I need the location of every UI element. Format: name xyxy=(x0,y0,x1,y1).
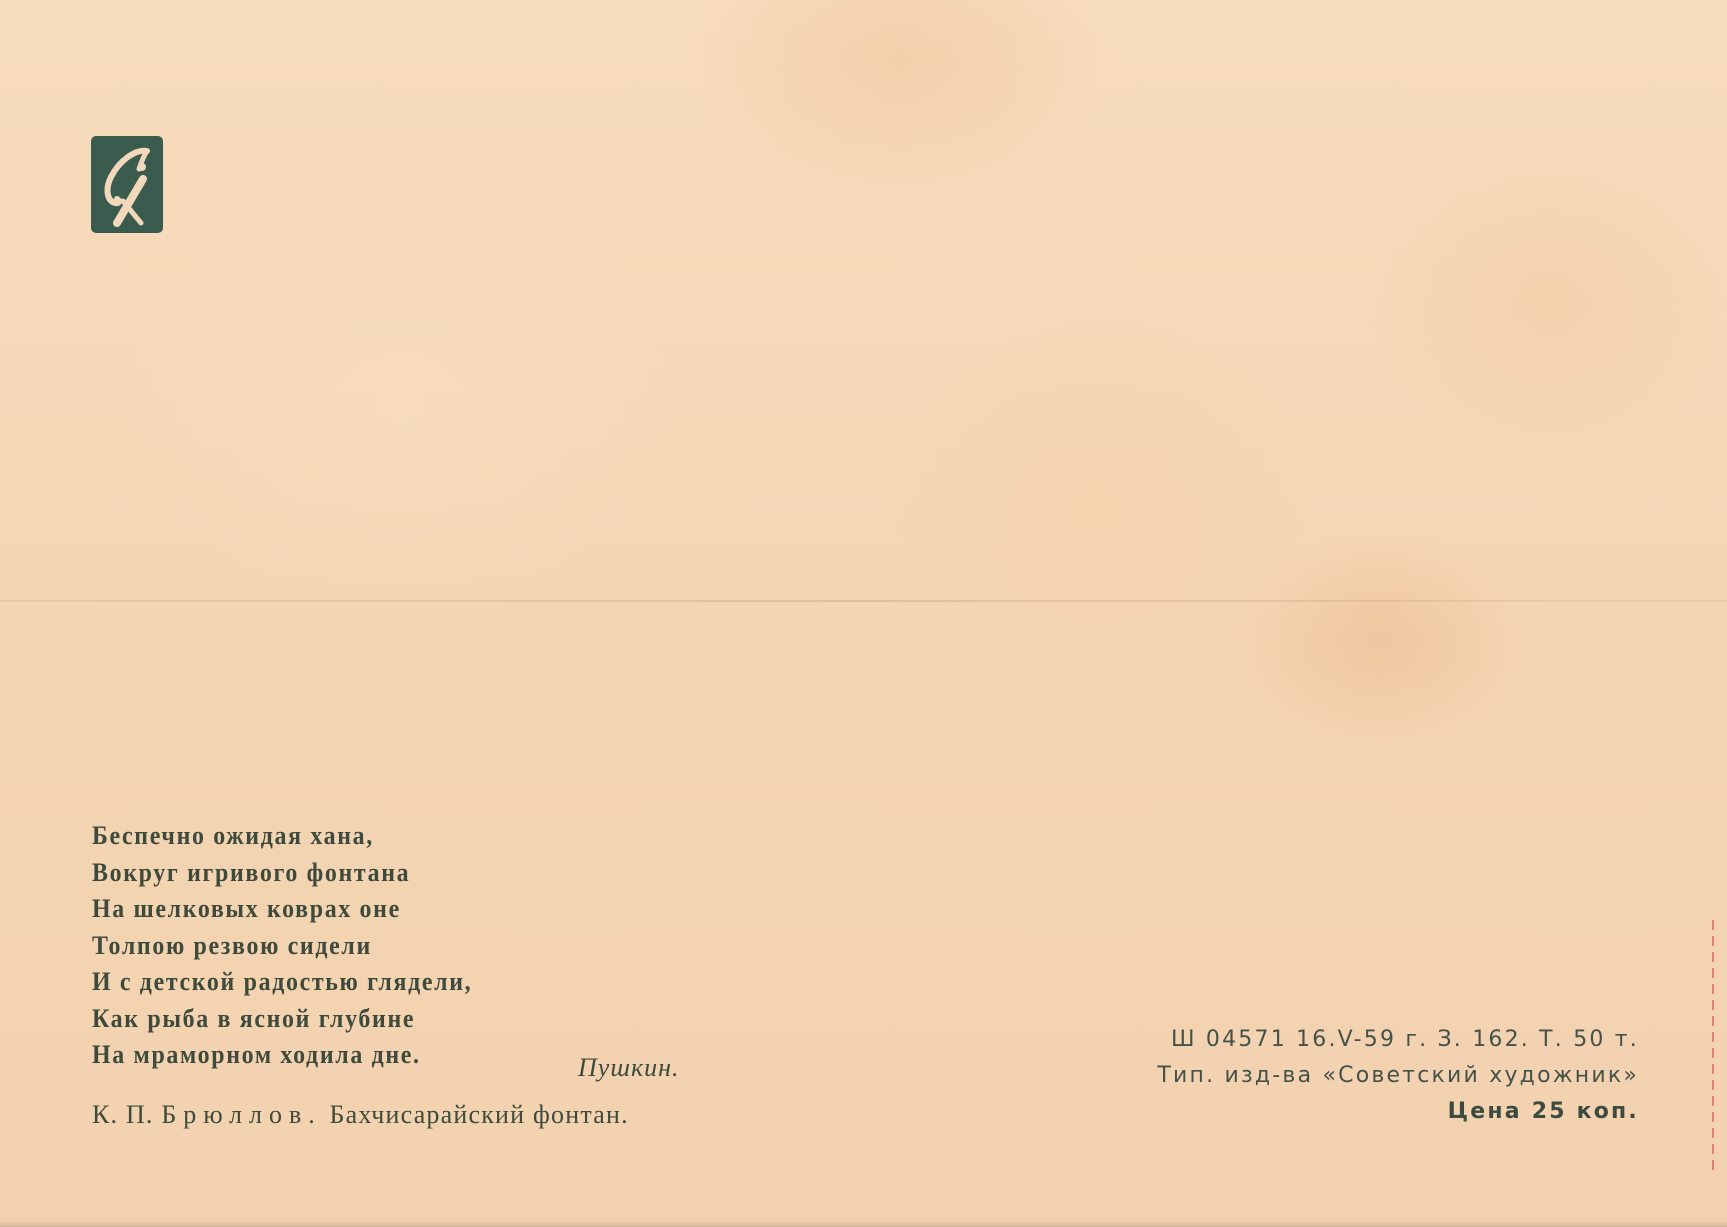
imprint-code: Ш 04571 16.V-59 г. З. 162. Т. 50 т. xyxy=(1157,1022,1639,1058)
publisher-logo xyxy=(91,136,163,233)
print-imprint: Ш 04571 16.V-59 г. З. 162. Т. 50 т. Тип.… xyxy=(1157,1022,1639,1130)
artwork-caption: К. П. Брюллов. Бахчисарайский фонтан. xyxy=(92,1100,629,1130)
poem-line: Беспечно ожидая хана, xyxy=(92,818,472,855)
poem-line: На шелковых коврах оне xyxy=(92,891,472,928)
artist-initials: К. П. xyxy=(92,1100,154,1129)
poem-line: Как рыба в ясной глубине xyxy=(92,1001,472,1038)
artist-name: Брюллов. xyxy=(161,1100,321,1129)
poem-author: Пушкин. xyxy=(578,1053,680,1083)
edge-mark xyxy=(1712,920,1714,1170)
poem-line: Толпою резвою сидели xyxy=(92,928,472,965)
artwork-title: Бахчисарайский фонтан. xyxy=(329,1100,628,1129)
imprint-publisher: Тип. изд-ва «Советский художник» xyxy=(1157,1058,1639,1094)
postcard-back: Беспечно ожидая хана, Вокруг игривого фо… xyxy=(0,0,1727,1227)
sovetsky-khudozhnik-monogram-icon xyxy=(97,143,157,227)
poem-line: Вокруг игривого фонтана xyxy=(92,855,472,892)
poem-line: И с детской радостью глядели, xyxy=(92,964,472,1001)
fold-line xyxy=(0,600,1727,602)
bottom-edge xyxy=(0,1221,1727,1227)
poem-excerpt: Беспечно ожидая хана, Вокруг игривого фо… xyxy=(92,818,472,1074)
imprint-price: Цена 25 коп. xyxy=(1157,1094,1639,1130)
poem-line: На мраморном ходила дне. xyxy=(92,1037,472,1074)
